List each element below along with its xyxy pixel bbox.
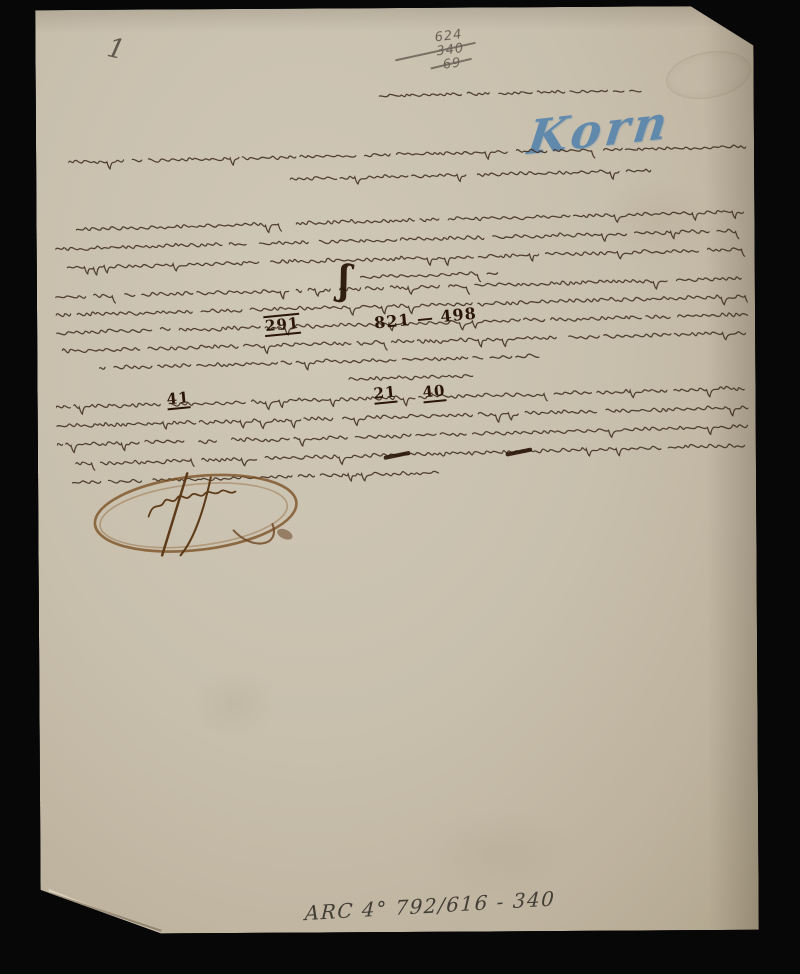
date-header-line [54, 78, 746, 112]
signature-flourish [90, 464, 311, 561]
inline-number: 40 [422, 383, 447, 403]
scan-background: { "scan": { "page_number": "1", "top_num… [0, 0, 800, 974]
handwritten-line [348, 365, 473, 386]
inline-number: 21 [373, 385, 398, 405]
letter-paper: 1 624 340 69 Korn ʃ291821 — 498412140 AR… [35, 6, 759, 934]
handwritten-line [379, 80, 642, 105]
inline-number: 41 [166, 390, 191, 410]
paragraph-2: ʃ291821 — 498 [55, 268, 750, 395]
salutation-block [54, 136, 747, 196]
